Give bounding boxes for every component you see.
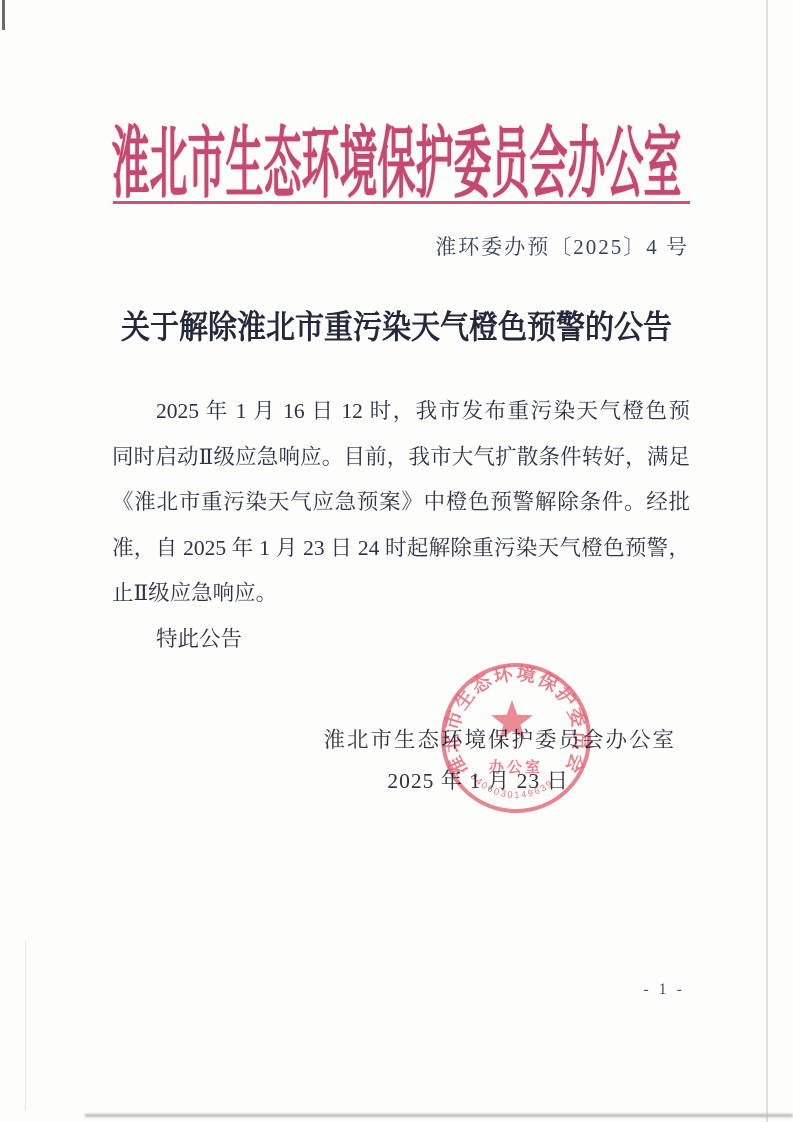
official-seal: 淮北市生态环境保护委员会 办公室 3406030149639 — [438, 660, 594, 816]
letterhead-title: 淮北市生态环境保护委员会办公室 — [0, 100, 793, 213]
body-line: 止Ⅱ级应急响应。 — [112, 571, 690, 617]
scan-edge-bottom — [85, 1114, 793, 1117]
body-line: 同时启动Ⅱ级应急响应。目前，我市大气扩散条件转好，满足 — [112, 435, 690, 481]
scan-artifact-topleft — [2, 0, 5, 30]
body-line: 《淮北市重污染天气应急预案》中橙色预警解除条件。经批 — [112, 480, 690, 526]
body-line: 准，自 2025 年 1 月 23 日 24 时起解除重污染天气橙色预警，终 — [112, 526, 690, 572]
seal-star-icon — [491, 700, 533, 740]
closing-phrase: 特此公告 — [112, 617, 690, 663]
document-number: 淮环委办预〔2025〕4 号 — [435, 231, 689, 261]
document-title: 关于解除淮北市重污染天气橙色预警的公告 — [0, 302, 793, 348]
body-line: 2025 年 1 月 16 日 12 时，我市发布重污染天气橙色预警， — [112, 389, 690, 435]
document-page: 淮北市生态环境保护委员会办公室 淮环委办预〔2025〕4 号 关于解除淮北市重污… — [0, 0, 793, 1122]
page-number: - 1 - — [643, 981, 685, 999]
letterhead-rule — [113, 201, 690, 204]
seal-center-label: 办公室 — [489, 758, 543, 776]
scan-edge-left — [25, 940, 26, 1110]
document-body: 2025 年 1 月 16 日 12 时，我市发布重污染天气橙色预警， 同时启动… — [112, 389, 690, 662]
